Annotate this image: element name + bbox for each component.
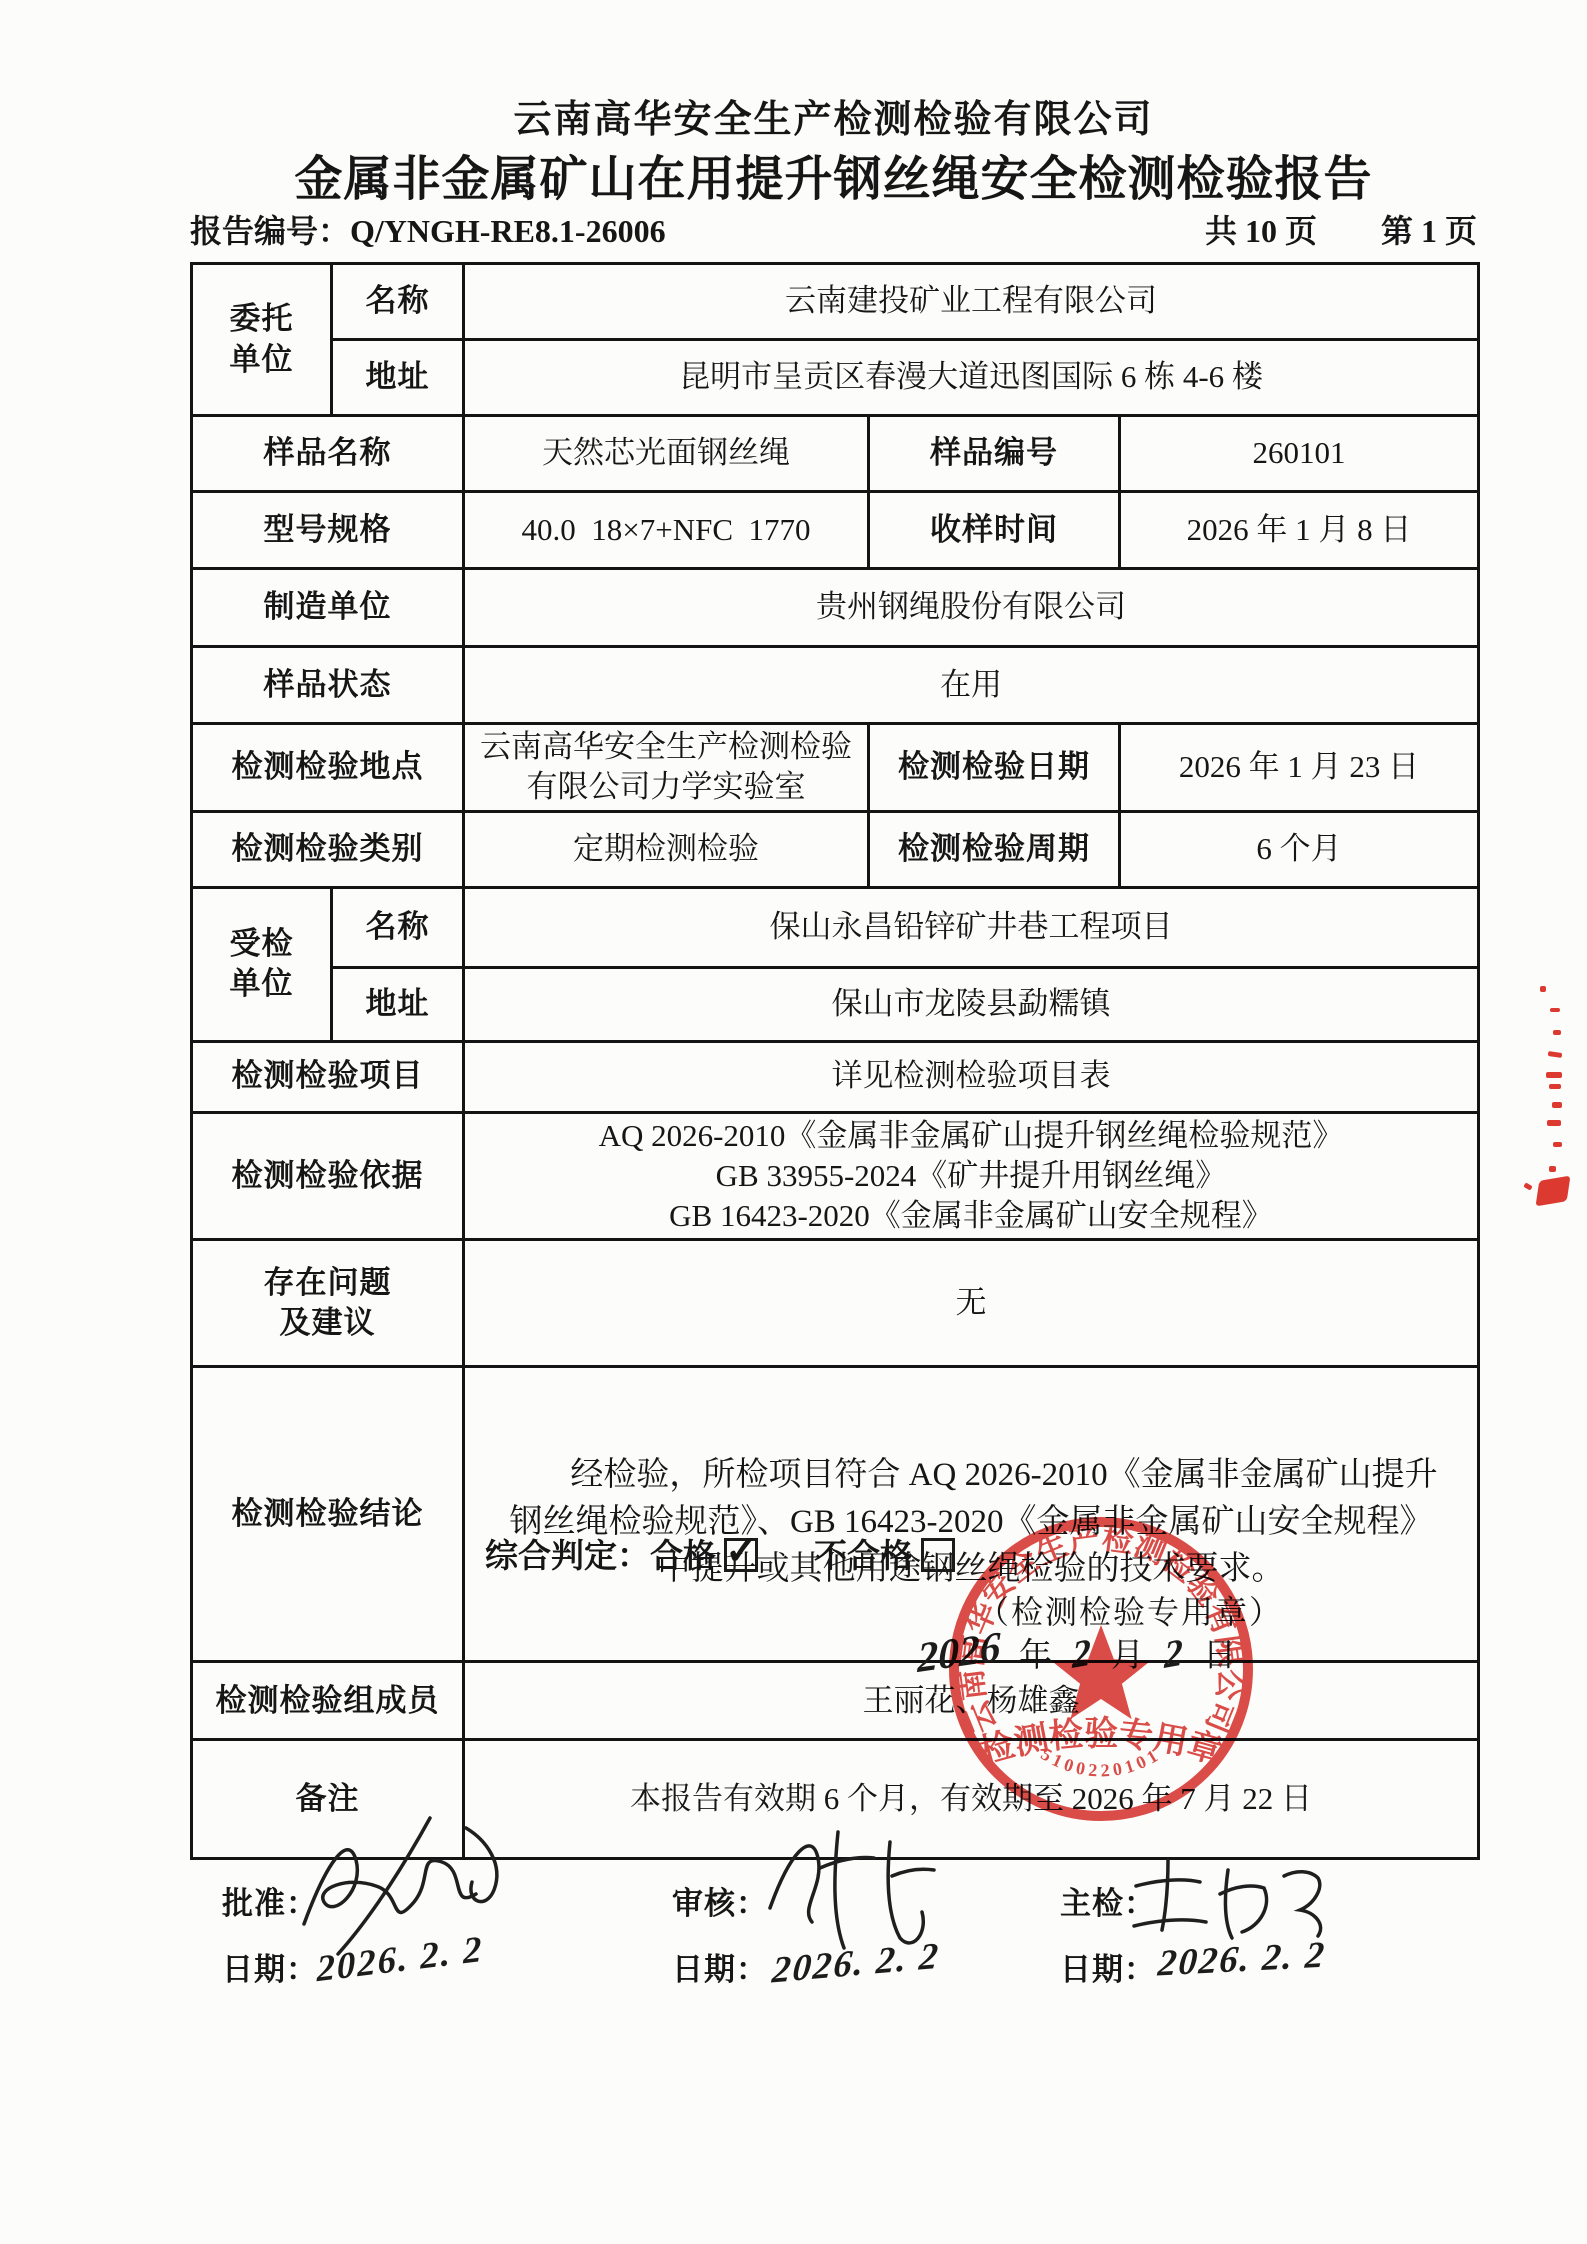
review-date-label: 日期： <box>672 1944 768 1989</box>
chief-date-handwritten: 2026. 2. 2 <box>1156 1933 1328 1985</box>
total-pages: 共 10 页 <box>1205 206 1317 252</box>
client-name-label: 名称 <box>332 264 464 340</box>
report-number-label: 报告编号： <box>190 213 350 249</box>
client-name-value: 云南建投矿业工程有限公司 <box>464 264 1479 340</box>
red-ink-artifact <box>1523 1182 1532 1190</box>
problems-label: 存在问题 及建议 <box>192 1240 464 1367</box>
table-row: 样品名称 天然芯光面钢丝绳 样品编号 260101 <box>192 416 1479 492</box>
red-ink-artifact <box>1548 1051 1563 1058</box>
problems-value: 无 <box>464 1240 1479 1367</box>
report-title: 金属非金属矿山在用提升钢丝绳安全检测检验报告 <box>150 140 1517 209</box>
table-row: 检测检验组成员 王丽花、杨雄鑫 <box>192 1662 1479 1740</box>
red-ink-artifact <box>1550 1008 1560 1012</box>
checkmark-icon: ✓ <box>725 1525 759 1577</box>
red-ink-artifact <box>1552 1102 1562 1108</box>
model-label: 型号规格 <box>192 492 464 569</box>
red-ink-artifact <box>1553 1142 1562 1147</box>
inspected-name-value: 保山永昌铅锌矿井巷工程项目 <box>464 887 1479 967</box>
red-seal-stamp: 云南高华安全生产检测检验有限公司 检测检验专用章 5100220101 <box>941 1509 1261 1829</box>
items-label: 检测检验项目 <box>192 1041 464 1112</box>
current-page: 第 1 页 <box>1381 206 1477 252</box>
inspected-group-label: 受检 单位 <box>192 887 332 1041</box>
basis-label: 检测检验依据 <box>192 1112 464 1240</box>
received-value: 2026 年 1 月 8 日 <box>1120 492 1479 569</box>
report-meta-row: 报告编号：Q/YNGH-RE8.1-26006 共 10 页 第 1 页 <box>190 206 1477 252</box>
sample-no-label: 样品编号 <box>869 416 1120 492</box>
client-address-value: 昆明市呈贡区春漫大道迅图国际 6 栋 4-6 楼 <box>464 340 1479 416</box>
location-value: 云南高华安全生产检测检验有限公司力学实验室 <box>464 724 869 812</box>
client-address-label: 地址 <box>332 340 464 416</box>
approve-date-label: 日期： <box>222 1944 318 1989</box>
table-row: 制造单位 贵州钢绳股份有限公司 <box>192 569 1479 647</box>
red-ink-artifact <box>1549 1166 1556 1172</box>
report-number: 报告编号：Q/YNGH-RE8.1-26006 <box>190 206 666 252</box>
verdict-pass-label: 合格 <box>650 1539 716 1575</box>
chief-label: 主检： <box>1060 1878 1156 1923</box>
table-row: 地址 昆明市呈贡区春漫大道迅图国际 6 栋 4-6 楼 <box>192 340 1479 416</box>
table-row: 检测检验类别 定期检测检验 检测检验周期 6 个月 <box>192 811 1479 887</box>
pass-checkbox: ✓ <box>724 1538 758 1572</box>
red-ink-artifact <box>1547 1120 1561 1126</box>
table-row: 样品状态 在用 <box>192 647 1479 724</box>
report-table: 委托 单位 名称 云南建投矿业工程有限公司 地址 昆明市呈贡区春漫大道迅图国际 … <box>190 262 1480 1860</box>
category-label: 检测检验类别 <box>192 811 464 887</box>
table-row: 检测检验依据 AQ 2026-2010《金属非金属矿山提升钢丝绳检验规范》 GB… <box>192 1112 1479 1240</box>
red-ink-artifact <box>1546 1072 1562 1078</box>
table-row: 检测检验项目 详见检测检验项目表 <box>192 1041 1479 1112</box>
table-row: 存在问题 及建议 无 <box>192 1240 1479 1367</box>
category-value: 定期检测检验 <box>464 811 869 887</box>
status-label: 样品状态 <box>192 647 464 724</box>
client-group-label: 委托 单位 <box>192 264 332 416</box>
status-value: 在用 <box>464 647 1479 724</box>
red-ink-artifact <box>1540 986 1546 992</box>
model-value: 40.0 18×7+NFC 1770 <box>464 492 869 569</box>
table-row: 检测检验结论 经检验，所检项目符合 AQ 2026-2010《金属非金属矿山提升… <box>192 1367 1479 1662</box>
sample-name-label: 样品名称 <box>192 416 464 492</box>
manufacturer-label: 制造单位 <box>192 569 464 647</box>
inspected-address-label: 地址 <box>332 967 464 1041</box>
review-label: 审核： <box>672 1878 768 1923</box>
table-row: 型号规格 40.0 18×7+NFC 1770 收样时间 2026 年 1 月 … <box>192 492 1479 569</box>
cycle-value: 6 个月 <box>1120 811 1479 887</box>
cycle-label: 检测检验周期 <box>869 811 1120 887</box>
table-row: 委托 单位 名称 云南建投矿业工程有限公司 <box>192 264 1479 340</box>
basis-line-3: GB 16423-2020《金属非金属矿山安全规程》 <box>473 1196 1469 1236</box>
items-value: 详见检测检验项目表 <box>464 1041 1479 1112</box>
red-ink-artifact <box>1549 1084 1561 1089</box>
inspected-name-label: 名称 <box>332 887 464 967</box>
verdict-line: 综合判定：合格✓不合格 <box>485 1536 955 1579</box>
basis-value: AQ 2026-2010《金属非金属矿山提升钢丝绳检验规范》 GB 33955-… <box>464 1112 1479 1240</box>
sample-name-value: 天然芯光面钢丝绳 <box>464 416 869 492</box>
location-label: 检测检验地点 <box>192 724 464 812</box>
received-label: 收样时间 <box>869 492 1120 569</box>
verdict-label: 综合判定： <box>485 1539 650 1575</box>
scanned-report-page: 云南高华安全生产检测检验有限公司 金属非金属矿山在用提升钢丝绳安全检测检验报告 … <box>0 0 1587 2244</box>
report-number-value: Q/YNGH-RE8.1-26006 <box>350 213 666 249</box>
table-row: 检测检验地点 云南高华安全生产检测检验有限公司力学实验室 检测检验日期 2026… <box>192 724 1479 812</box>
seal-star-icon <box>1052 1625 1151 1719</box>
conclusion-label: 检测检验结论 <box>192 1367 464 1662</box>
red-ink-blob <box>1535 1176 1570 1207</box>
red-ink-artifact <box>1553 1030 1561 1035</box>
sample-no-value: 260101 <box>1120 416 1479 492</box>
insp-date-label: 检测检验日期 <box>869 724 1120 812</box>
table-row: 地址 保山市龙陵县勐糯镇 <box>192 967 1479 1041</box>
page-count: 共 10 页 第 1 页 <box>1205 206 1477 252</box>
team-label: 检测检验组成员 <box>192 1662 464 1740</box>
approve-label: 批准： <box>222 1878 318 1923</box>
manufacturer-value: 贵州钢绳股份有限公司 <box>464 569 1479 647</box>
inspected-address-value: 保山市龙陵县勐糯镇 <box>464 967 1479 1041</box>
table-row: 受检 单位 名称 保山永昌铅锌矿井巷工程项目 <box>192 887 1479 967</box>
basis-line-2: GB 33955-2024《矿井提升用钢丝绳》 <box>473 1156 1469 1196</box>
insp-date-value: 2026 年 1 月 23 日 <box>1120 724 1479 812</box>
verdict-fail-label: 不合格 <box>814 1539 913 1575</box>
chief-date-label: 日期： <box>1060 1944 1156 1989</box>
basis-line-1: AQ 2026-2010《金属非金属矿山提升钢丝绳检验规范》 <box>473 1116 1469 1156</box>
company-title: 云南高华安全生产检测检验有限公司 <box>190 88 1477 143</box>
